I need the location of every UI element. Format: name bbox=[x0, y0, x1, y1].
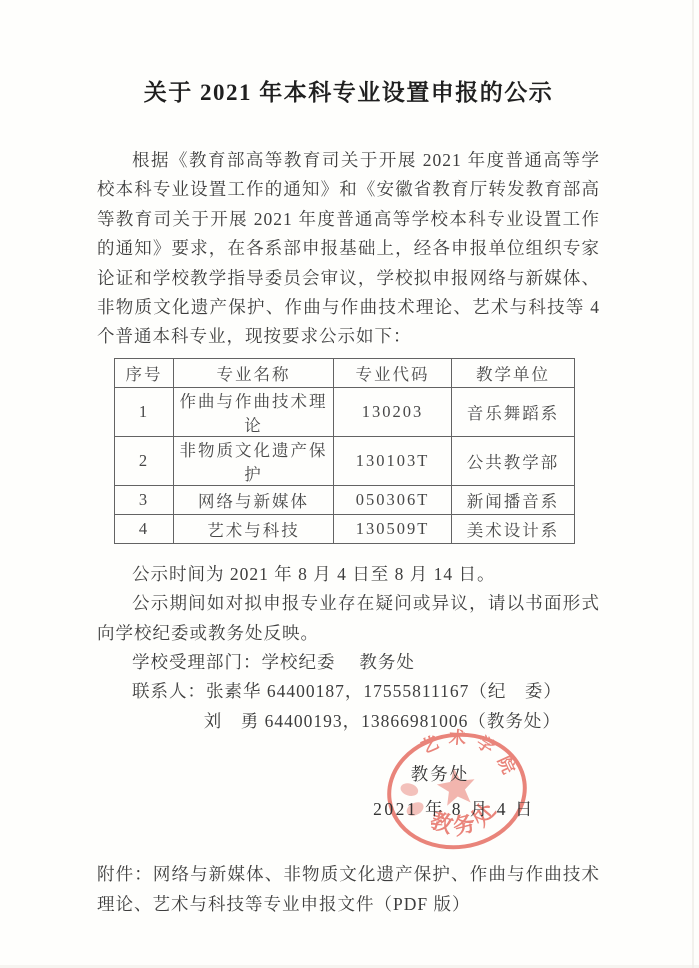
col-header-index: 序号 bbox=[115, 358, 174, 387]
cell-teaching-unit: 公共教学部 bbox=[452, 436, 575, 485]
cell-teaching-unit: 美术设计系 bbox=[452, 514, 575, 543]
cell-index: 1 bbox=[115, 387, 174, 436]
table-row: 4 艺术与科技 130509T 美术设计系 bbox=[115, 514, 575, 543]
publicity-period-line: 公示时间为 2021 年 8 月 4 日至 8 月 14 日。 bbox=[97, 560, 600, 589]
majors-table: 序号 专业名称 专业代码 教学单位 1 作曲与作曲技术理论 130203 音乐舞… bbox=[114, 358, 575, 544]
cell-major-name: 艺术与科技 bbox=[174, 514, 334, 543]
cell-teaching-unit: 新闻播音系 bbox=[452, 485, 575, 514]
cell-major-code: 130203 bbox=[334, 387, 452, 436]
cell-index: 2 bbox=[115, 436, 174, 485]
cell-index: 3 bbox=[115, 485, 174, 514]
accepting-departments-line: 学校受理部门：学校纪委 教务处 bbox=[97, 648, 600, 677]
cell-major-code: 050306T bbox=[334, 485, 452, 514]
cell-index: 4 bbox=[115, 514, 174, 543]
cell-major-code: 130509T bbox=[334, 514, 452, 543]
attachment-note: 附件：网络与新媒体、非物质文化遗产保护、作曲与作曲技术理论、艺术与科技等专业申报… bbox=[97, 860, 600, 919]
signature-department: 教务处 bbox=[411, 761, 470, 786]
objection-note: 公示期间如对拟申报专业存在疑问或异议，请以书面形式向学校纪委或教务处反映。 bbox=[97, 589, 600, 648]
signature-date: 2021 年 8 月 4 日 bbox=[373, 796, 535, 821]
cell-major-name: 非物质文化遗产保护 bbox=[174, 436, 334, 485]
document-title: 关于 2021 年本科专业设置申报的公示 bbox=[97, 78, 600, 108]
document-page: 关于 2021 年本科专业设置申报的公示 根据《教育部高等教育司关于开展 202… bbox=[0, 0, 699, 968]
table-row: 1 作曲与作曲技术理论 130203 音乐舞蹈系 bbox=[115, 387, 575, 436]
table-row: 2 非物质文化遗产保护 130103T 公共教学部 bbox=[115, 436, 575, 485]
intro-paragraph: 根据《教育部高等教育司关于开展 2021 年度普通高等学校本科专业设置工作的通知… bbox=[97, 146, 600, 352]
signature-area: 艺术学院 教务处 教务处 2021 年 8 月 4 日 bbox=[97, 736, 600, 858]
col-header-major-name: 专业名称 bbox=[174, 358, 334, 387]
contact-line-1: 联系人：张素华 64400187，17555811167（纪 委） bbox=[97, 677, 600, 706]
cell-major-name: 网络与新媒体 bbox=[174, 485, 334, 514]
cell-major-code: 130103T bbox=[334, 436, 452, 485]
table-row: 3 网络与新媒体 050306T 新闻播音系 bbox=[115, 485, 575, 514]
cell-teaching-unit: 音乐舞蹈系 bbox=[452, 387, 575, 436]
cell-major-name: 作曲与作曲技术理论 bbox=[174, 387, 334, 436]
table-header-row: 序号 专业名称 专业代码 教学单位 bbox=[115, 358, 575, 387]
col-header-teaching-unit: 教学单位 bbox=[452, 358, 575, 387]
official-seal-stamp: 艺术学院 教务处 bbox=[382, 728, 532, 854]
col-header-major-code: 专业代码 bbox=[334, 358, 452, 387]
